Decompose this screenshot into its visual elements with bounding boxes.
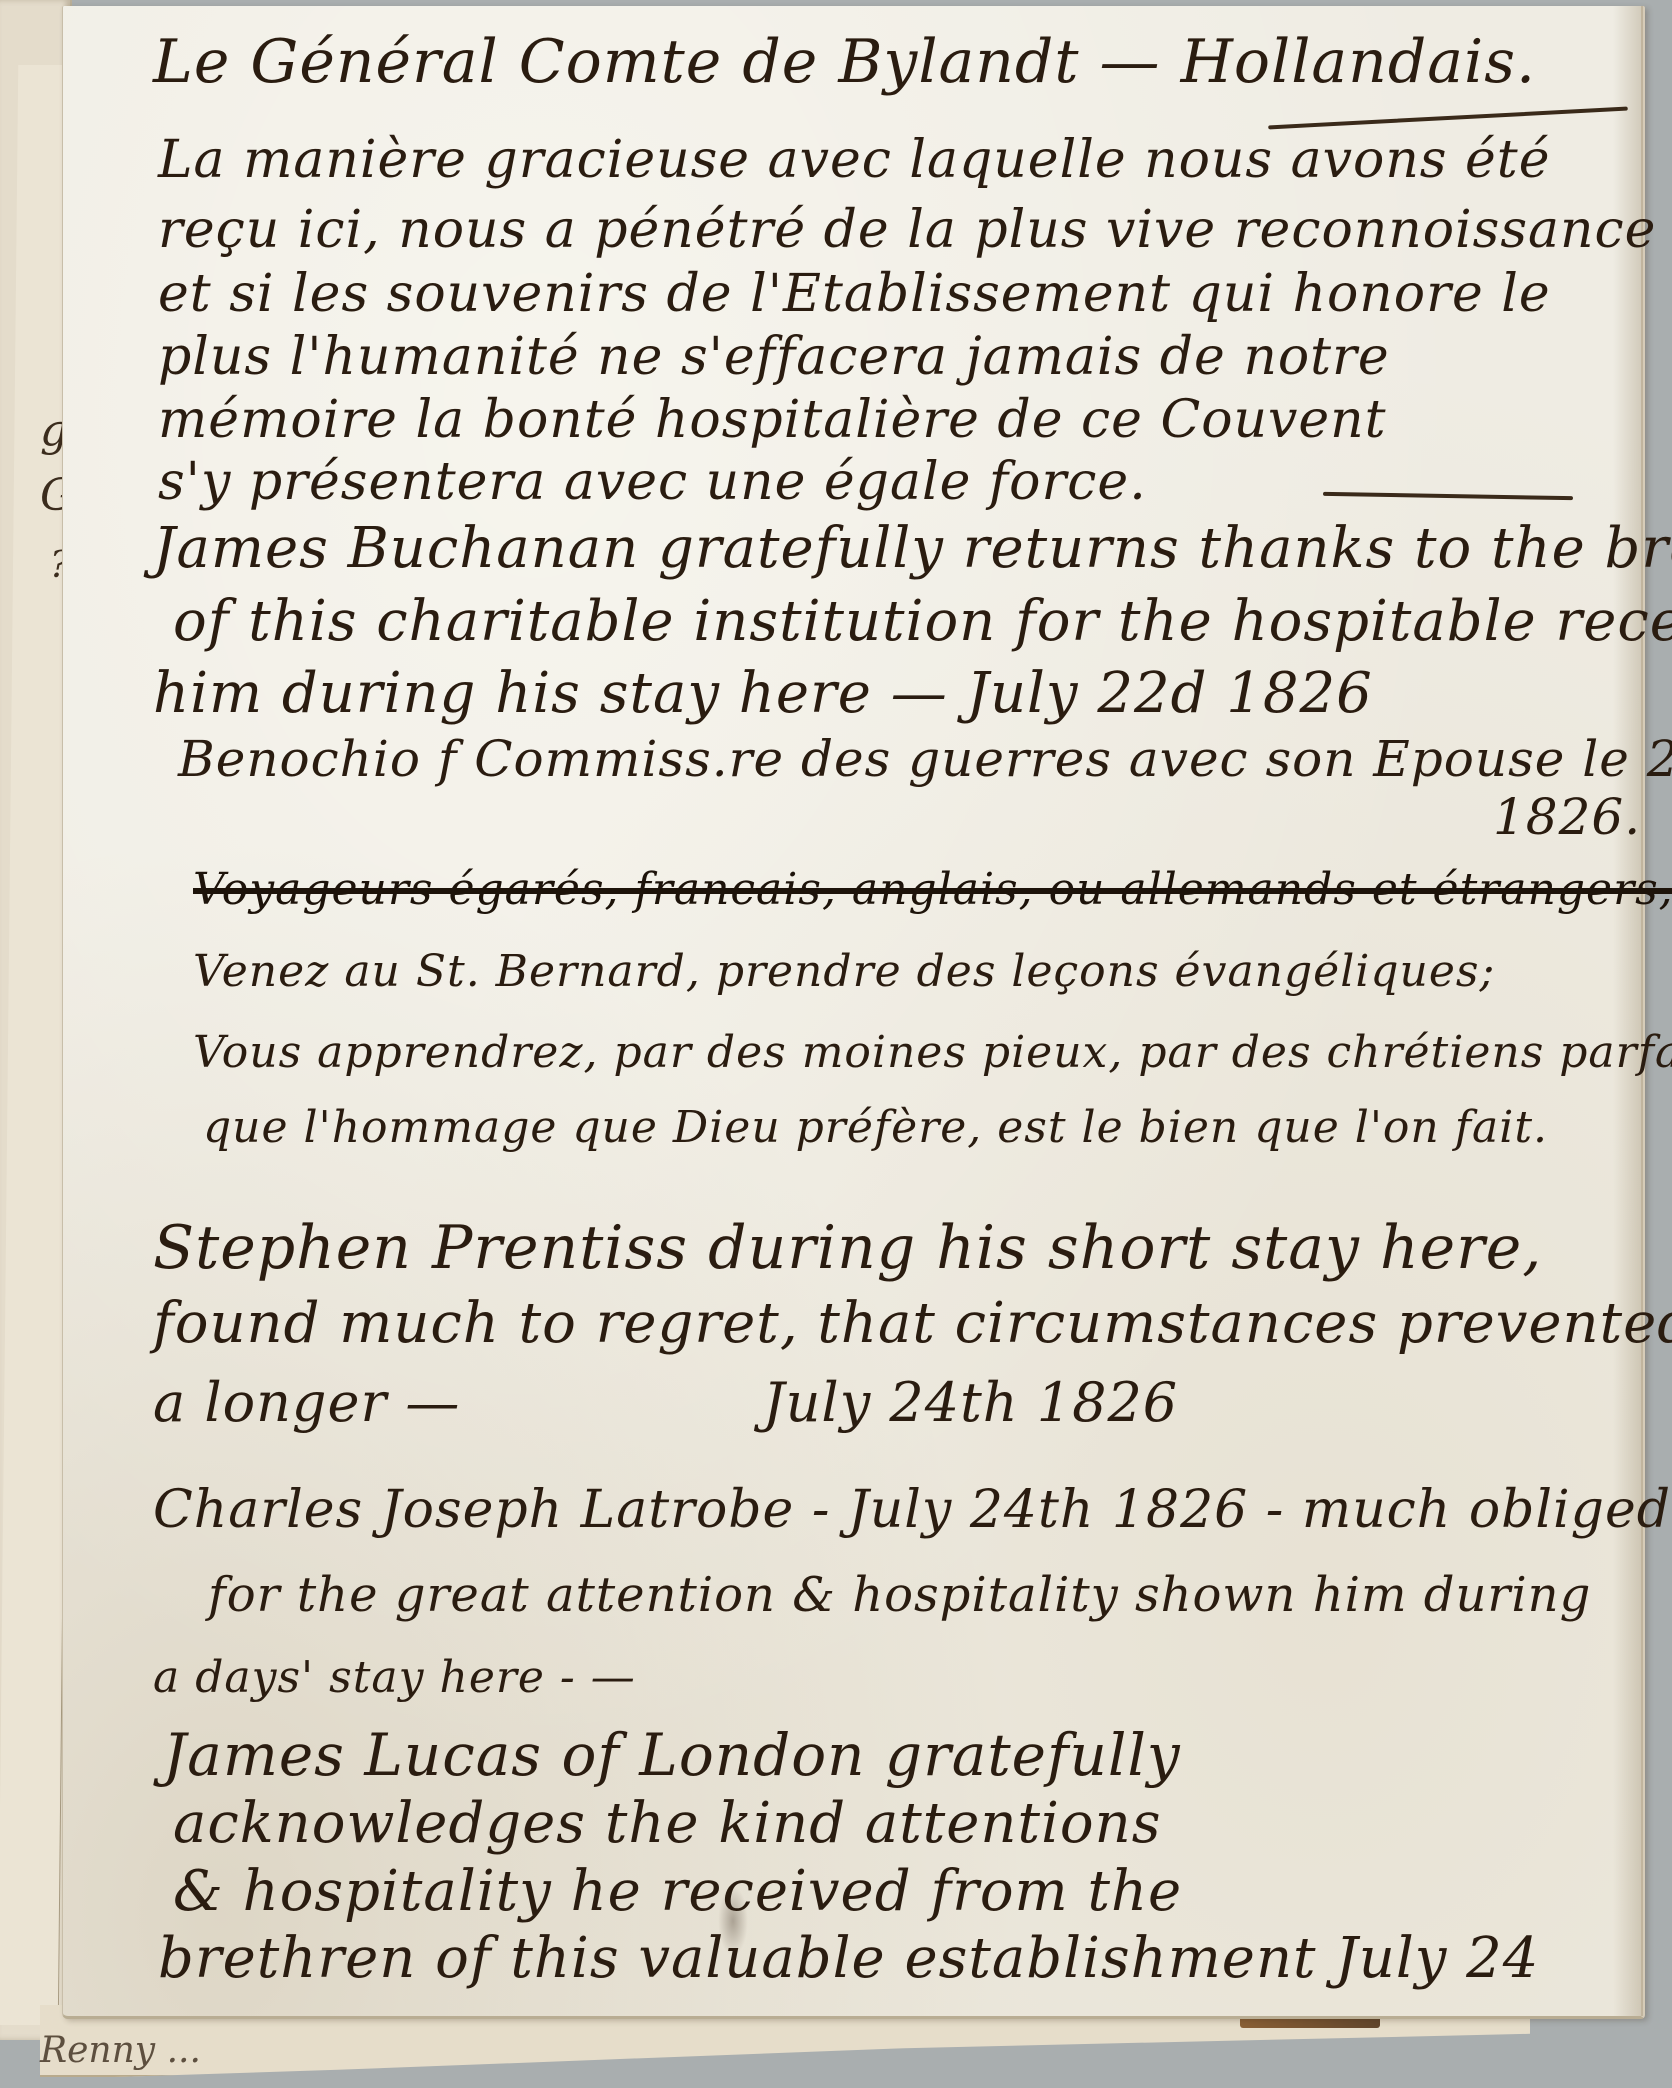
entry-prentiss-line-3: a longer — bbox=[153, 1376, 460, 1430]
page-right-edge bbox=[1613, 6, 1643, 2016]
entry-prentiss-line-1: Stephen Prentiss during his short stay h… bbox=[153, 1218, 1542, 1278]
entry-buchanan-line-1: James Buchanan gratefully returns thanks… bbox=[153, 521, 1672, 577]
entry-bylandt-line-2: La manière gracieuse avec laquelle nous … bbox=[158, 134, 1550, 186]
entry-bylandt-line-6: mémoire la bonté hospitalière de ce Couv… bbox=[158, 394, 1387, 446]
underlying-page-text: Renny ... bbox=[40, 2030, 201, 2071]
entry-lucas-line-1: James Lucas of London gratefully bbox=[163, 1726, 1181, 1784]
entry-buchanan-line-2: of this charitable institution for the h… bbox=[173, 594, 1672, 650]
poem-line-2: Vous apprendrez, par des moines pieux, p… bbox=[193, 1031, 1672, 1075]
entry-prentiss-line-2: found much to regret, that circumstances… bbox=[153, 1296, 1672, 1352]
entry-latrobe-line-1: Charles Joseph Latrobe - July 24th 1826 … bbox=[153, 1484, 1671, 1536]
manuscript-scan: g G ? Renny ... Le Général Comte de Byla… bbox=[0, 0, 1672, 2088]
entry-benochio-line-1: Benochio f Commiss.re des guerres avec s… bbox=[178, 734, 1672, 784]
entry-lucas-line-2: acknowledges the kind attentions bbox=[173, 1796, 1161, 1852]
poem-line-3: que l'hommage que Dieu préfère, est le b… bbox=[203, 1106, 1548, 1150]
entry-latrobe-line-3: a days' stay here - — bbox=[153, 1656, 636, 1700]
entry-benochio-line-2: 1826. bbox=[1493, 792, 1641, 842]
flourish-underline bbox=[1268, 107, 1628, 130]
entry-lucas-line-4: brethren of this valuable establishment … bbox=[158, 1931, 1539, 1987]
manuscript-page: Le Général Comte de Bylandt — Hollandais… bbox=[62, 6, 1645, 2019]
entry-latrobe-line-2: for the great attention & hospitality sh… bbox=[208, 1571, 1591, 1619]
entry-bylandt-line-5: plus l'humanité ne s'effacera jamais de … bbox=[158, 331, 1390, 383]
poem-line-1: Venez au St. Bernard, prendre des leçons… bbox=[193, 950, 1495, 994]
entry-prentiss-date: July 24th 1826 bbox=[763, 1376, 1178, 1430]
struck-through-line: Voyageurs égarés, francais, anglais, ou … bbox=[193, 868, 1672, 912]
entry-bylandt-line-1: Le Général Comte de Bylandt — Hollandais… bbox=[153, 32, 1536, 92]
entry-bylandt-line-7: s'y présentera avec une égale force. bbox=[158, 456, 1147, 508]
flourish-underline bbox=[1323, 492, 1573, 500]
entry-bylandt-line-3: reçu ici, nous a pénétré de la plus vive… bbox=[158, 204, 1656, 256]
entry-buchanan-line-3: him during his stay here — July 22d 1826 bbox=[153, 666, 1373, 722]
entry-lucas-line-3: & hospitality he received from the bbox=[173, 1864, 1182, 1920]
entry-bylandt-line-4: et si les souvenirs de l'Etablissement q… bbox=[158, 268, 1551, 320]
